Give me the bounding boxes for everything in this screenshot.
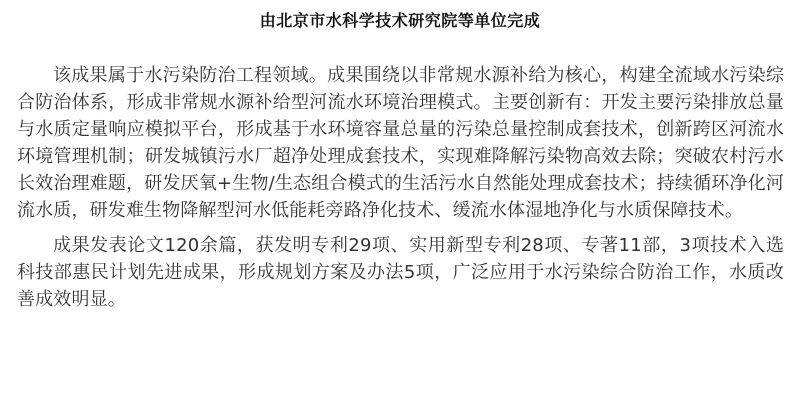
paragraph-innovations: 该成果属于水污染防治工程领域。成果围绕以非常规水源补给为核心，构建全流域水污染综… xyxy=(17,62,784,224)
document-body: 该成果属于水污染防治工程领域。成果围绕以非常规水源补给为核心，构建全流域水污染综… xyxy=(17,62,784,313)
document-title: 由北京市水科学技术研究院等单位完成 xyxy=(0,8,800,31)
paragraph-outcomes: 成果发表论文120余篇，获发明专利29项、实用新型专利28项、专著11部，3项技… xyxy=(17,232,784,313)
